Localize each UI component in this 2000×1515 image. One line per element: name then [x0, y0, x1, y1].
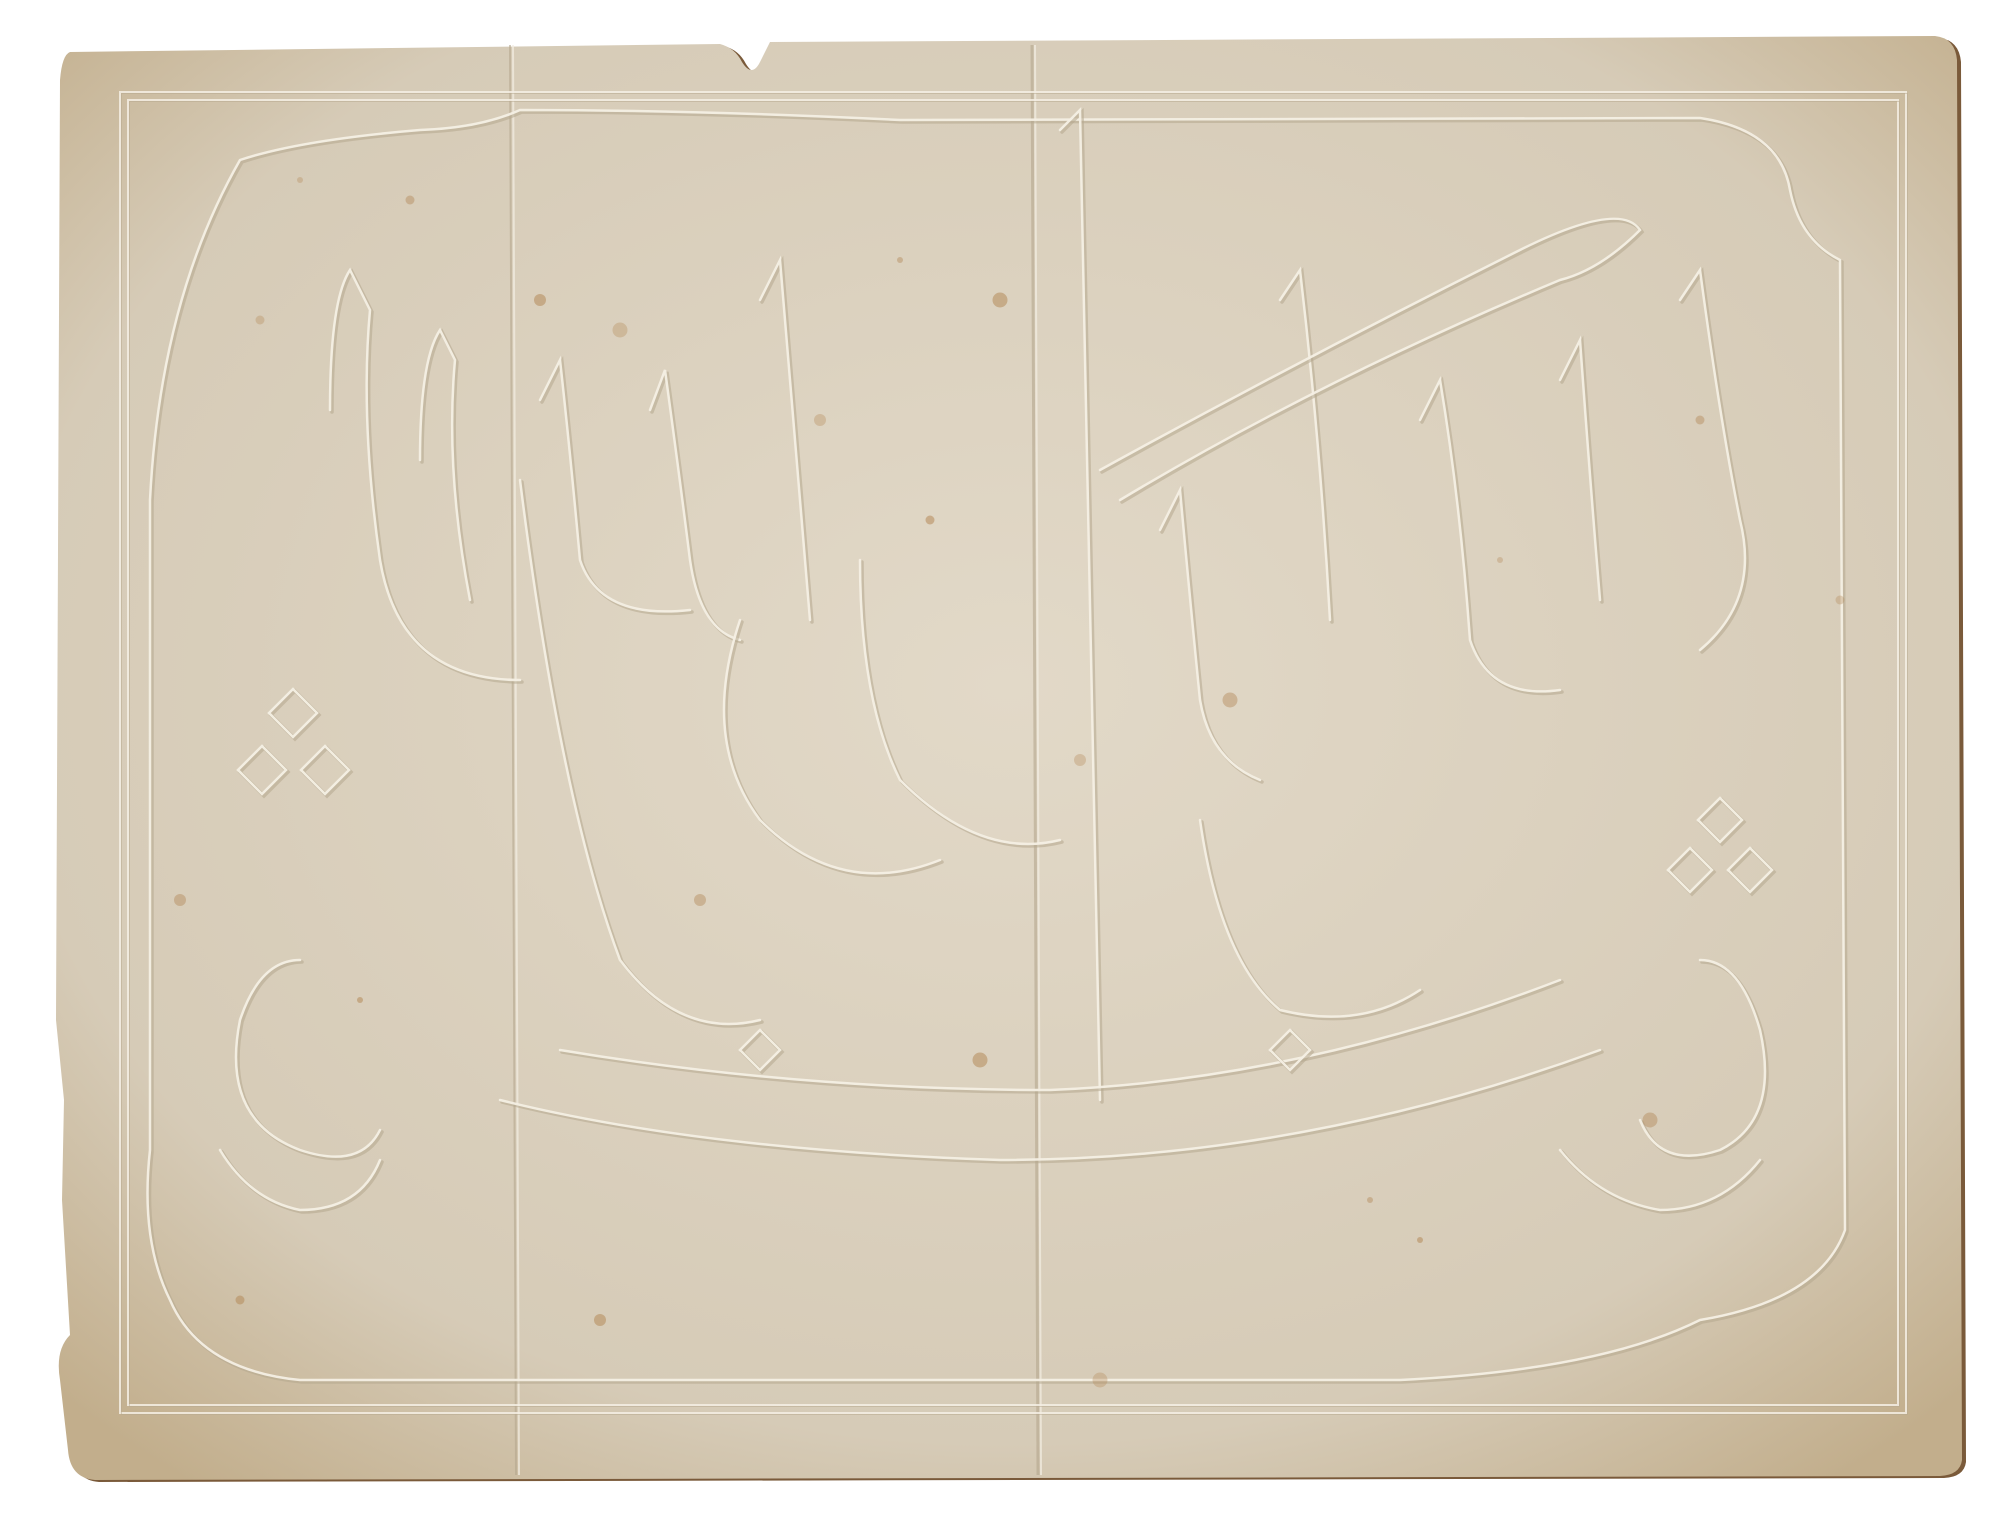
- foxing-spot: [1367, 1197, 1373, 1203]
- foxing-spot: [613, 323, 628, 338]
- foxing-spot: [1696, 416, 1705, 425]
- foxing-spot: [174, 894, 186, 906]
- foxing-spot: [1836, 596, 1845, 605]
- foxing-spot: [1093, 1373, 1108, 1388]
- foxing-spot: [1417, 1237, 1423, 1243]
- foxing-spot: [406, 196, 415, 205]
- foxing-spot: [1074, 754, 1086, 766]
- paper-sheet: [56, 36, 1966, 1482]
- foxing-spot: [594, 1314, 606, 1326]
- foxing-spot: [256, 316, 265, 325]
- foxing-spot: [357, 997, 363, 1003]
- foxing-spot: [926, 516, 935, 525]
- sheet-body: [56, 36, 1962, 1480]
- foxing-spot: [1497, 557, 1503, 563]
- foxing-spot: [694, 894, 706, 906]
- foxing-spot: [236, 1296, 245, 1305]
- foxing-spot: [1223, 693, 1238, 708]
- foxing-spot: [814, 414, 826, 426]
- foxing-spot: [993, 293, 1008, 308]
- foxing-spot: [1643, 1113, 1658, 1128]
- foxing-spot: [534, 294, 546, 306]
- foxing-spot: [297, 177, 303, 183]
- foxing-spot: [897, 257, 903, 263]
- paper-sheet-artwork: [0, 0, 2000, 1515]
- foxing-spot: [973, 1053, 988, 1068]
- embossed-calligraphy-photo: [0, 0, 2000, 1515]
